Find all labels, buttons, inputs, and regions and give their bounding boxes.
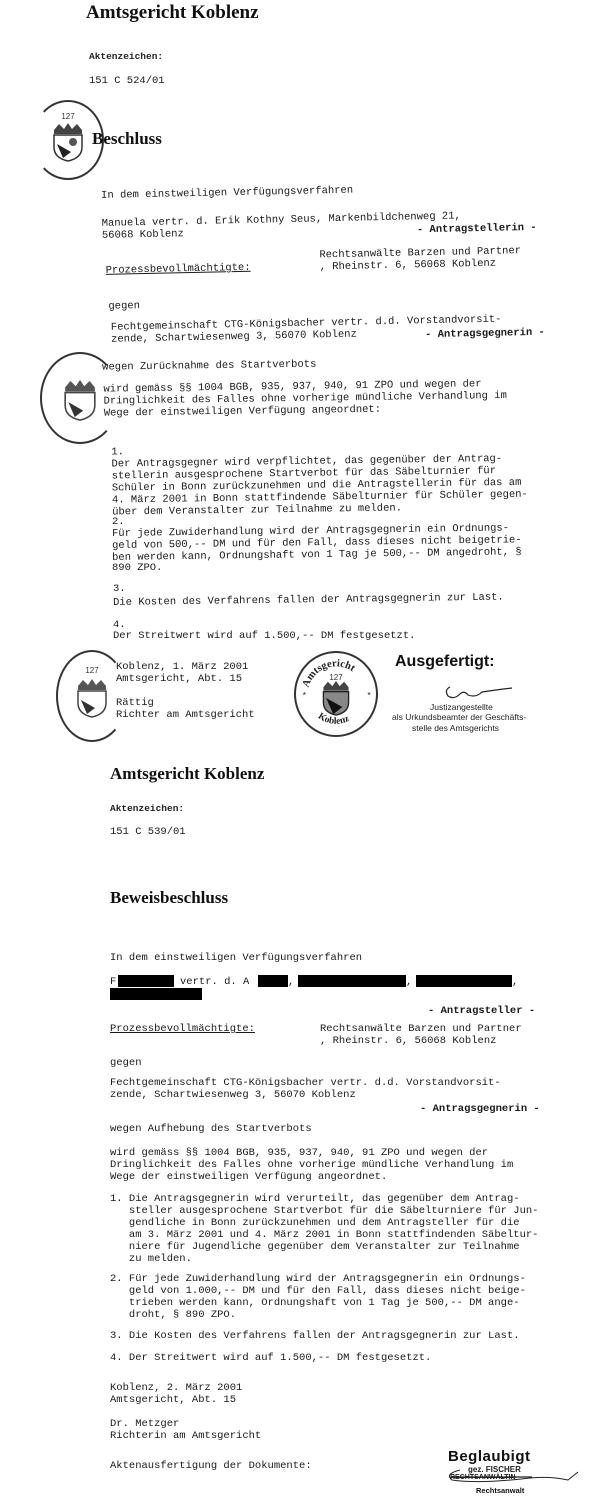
copy-note: Aktenausfertigung der Dokumente:: [110, 1460, 312, 1472]
counsel-label: Prozessbevollmächtigte:: [106, 262, 251, 277]
judge-title: Richter am Amtsgericht: [116, 709, 255, 721]
court-heading: Amtsgericht Koblenz: [110, 764, 264, 784]
certified-label: Beglaubigt: [448, 1448, 531, 1465]
redaction-bar: [416, 975, 512, 987]
item-1-line: gendliche in Bonn zurückzunehmen und dem…: [110, 1217, 520, 1229]
intro-text: In dem einstweiligen Verfügungsverfahren: [101, 185, 353, 202]
clerk-role: als Urkundsbeamter der Geschäfts-: [392, 712, 526, 722]
applicant-line: Manuela vertr. d. Erik Kothny Seus, Mark…: [102, 210, 461, 230]
item-1-line: zu melden.: [110, 1253, 192, 1265]
place-date: Koblenz, 1. März 2001: [116, 661, 248, 673]
redaction-bar: [118, 975, 174, 987]
judge-name: Rättig: [116, 697, 154, 709]
certifier-name: gez. FISCHER: [468, 1465, 521, 1474]
order-line-2: Dringlichkeit des Falles ohne vorherige …: [110, 1159, 513, 1171]
item-3-line: Die Kosten des Verfahrens fallen der Ant…: [113, 592, 504, 609]
subject-line: wegen Zurücknahme des Startverbots: [102, 359, 316, 374]
item-2-line: 890 ZPO.: [112, 562, 162, 574]
coat-of-arms-icon: [62, 378, 98, 422]
item-2-line: geld von 1.000,-- DM und für den Fall, d…: [110, 1285, 526, 1297]
counsel-address: , Rheinstr. 6, 56068 Koblenz: [320, 258, 497, 274]
order-line-3: Wege der einstweiligen Verfügung angeord…: [104, 404, 381, 420]
place-date: Koblenz, 2. März 2001: [110, 1382, 242, 1394]
certifier-title: RECHTSANWÄLTIN: [450, 1474, 516, 1481]
certifier-subtitle: Rechtsanwalt: [476, 1486, 524, 1495]
respondent-role: - Antragsgegnerin -: [425, 327, 545, 342]
judge-title: Richterin am Amtsgericht: [110, 1430, 261, 1442]
court-department: Amtsgericht, Abt. 15: [116, 673, 242, 685]
intro-text: In dem einstweiligen Verfügungsverfahren: [110, 952, 362, 964]
against-label: gegen: [108, 300, 140, 313]
applicant-initial: F: [110, 976, 116, 988]
item-1-line: niere für Jugendliche gegenüber dem Vera…: [110, 1241, 520, 1253]
redaction-bar: [110, 988, 202, 1000]
coat-of-arms-icon: [51, 122, 85, 162]
respondent-line: Fechtgemeinschaft CTG-Königsbacher vertr…: [110, 1077, 501, 1089]
file-number: 151 C 524/01: [89, 75, 165, 87]
applicant-role: - Antragstellerin -: [417, 222, 537, 237]
item-2-line: droht, § 890 ZPO.: [110, 1309, 236, 1321]
item-1-number: 1.: [111, 446, 124, 458]
applicant-address: 56068 Koblenz: [102, 228, 184, 242]
court-heading: Amtsgericht Koblenz: [86, 2, 259, 24]
item-4-line: 4. Der Streitwert wird auf 1.500,-- DM f…: [110, 1352, 431, 1364]
file-number-label: Aktenzeichen:: [110, 803, 184, 814]
respondent-address: zende, Schartwiesenweg 3, 56070 Koblenz: [110, 1089, 356, 1101]
counsel-label: Prozessbevollmächtigte:: [110, 1023, 255, 1035]
item-3-line: 3. Die Kosten des Verfahrens fallen der …: [110, 1330, 520, 1342]
item-2-line: trieben werden kann, Ordnungshaft von 1 …: [110, 1297, 520, 1309]
clerk-office: stelle des Amtsgerichts: [412, 723, 499, 733]
clerk-title: Justizangestellte: [430, 702, 493, 712]
judge-name: Dr. Metzger: [110, 1418, 179, 1430]
applicant-representative: vertr. d. A: [180, 976, 249, 988]
item-3-number: 3.: [113, 583, 126, 595]
item-1-line: 1. Die Antragsgegnerin wird verurteilt, …: [110, 1193, 520, 1205]
separator-comma: ,: [512, 976, 518, 988]
against-label: gegen: [110, 1057, 142, 1069]
file-number-label: Aktenzeichen:: [89, 51, 163, 62]
applicant-role: - Antragsteller -: [428, 1005, 535, 1017]
item-1-line: steller ausgesprochene Startverbot für d…: [110, 1205, 538, 1217]
item-1-line: am 3. März 2001 und 4. März 2001 in Bonn…: [110, 1229, 538, 1241]
subject-line: wegen Aufhebung des Startverbots: [110, 1123, 312, 1135]
svg-text:*: *: [302, 691, 307, 701]
coat-of-arms-icon: [75, 678, 109, 718]
clerk-signature: [442, 684, 514, 700]
court-department: Amtsgericht, Abt. 15: [110, 1394, 236, 1406]
separator-comma: ,: [406, 976, 412, 988]
file-number: 151 C 539/01: [110, 826, 186, 838]
svg-text:*: *: [366, 691, 371, 701]
order-line-3: Wege der einstweiligen Verfügung angeord…: [110, 1171, 387, 1183]
official-court-seal: Amtsgericht Koblenz * * 127: [294, 651, 378, 737]
redaction-bar: [258, 975, 288, 987]
item-4-line: Der Streitwert wird auf 1.500,-- DM fest…: [113, 630, 415, 642]
document-title: Beschluss: [92, 129, 162, 149]
item-2-number: 2.: [112, 516, 125, 528]
certified-copy-label: Ausgefertigt:: [395, 653, 495, 671]
item-2-line: 2. Für jede Zuwiderhandlung wird der Ant…: [110, 1273, 526, 1285]
respondent-role: - Antragsgegnerin -: [420, 1103, 540, 1115]
redaction-bar: [298, 975, 406, 987]
separator-comma: ,: [288, 976, 294, 988]
coat-of-arms-icon: [320, 680, 352, 716]
document-title: Beweisbeschluss: [110, 888, 228, 908]
order-line-1: wird gemäss §§ 1004 BGB, 935, 937, 940, …: [110, 1147, 488, 1159]
counsel-name: Rechtsanwälte Barzen und Partner: [320, 1023, 522, 1035]
counsel-address: , Rheinstr. 6, 56068 Koblenz: [320, 1035, 496, 1047]
